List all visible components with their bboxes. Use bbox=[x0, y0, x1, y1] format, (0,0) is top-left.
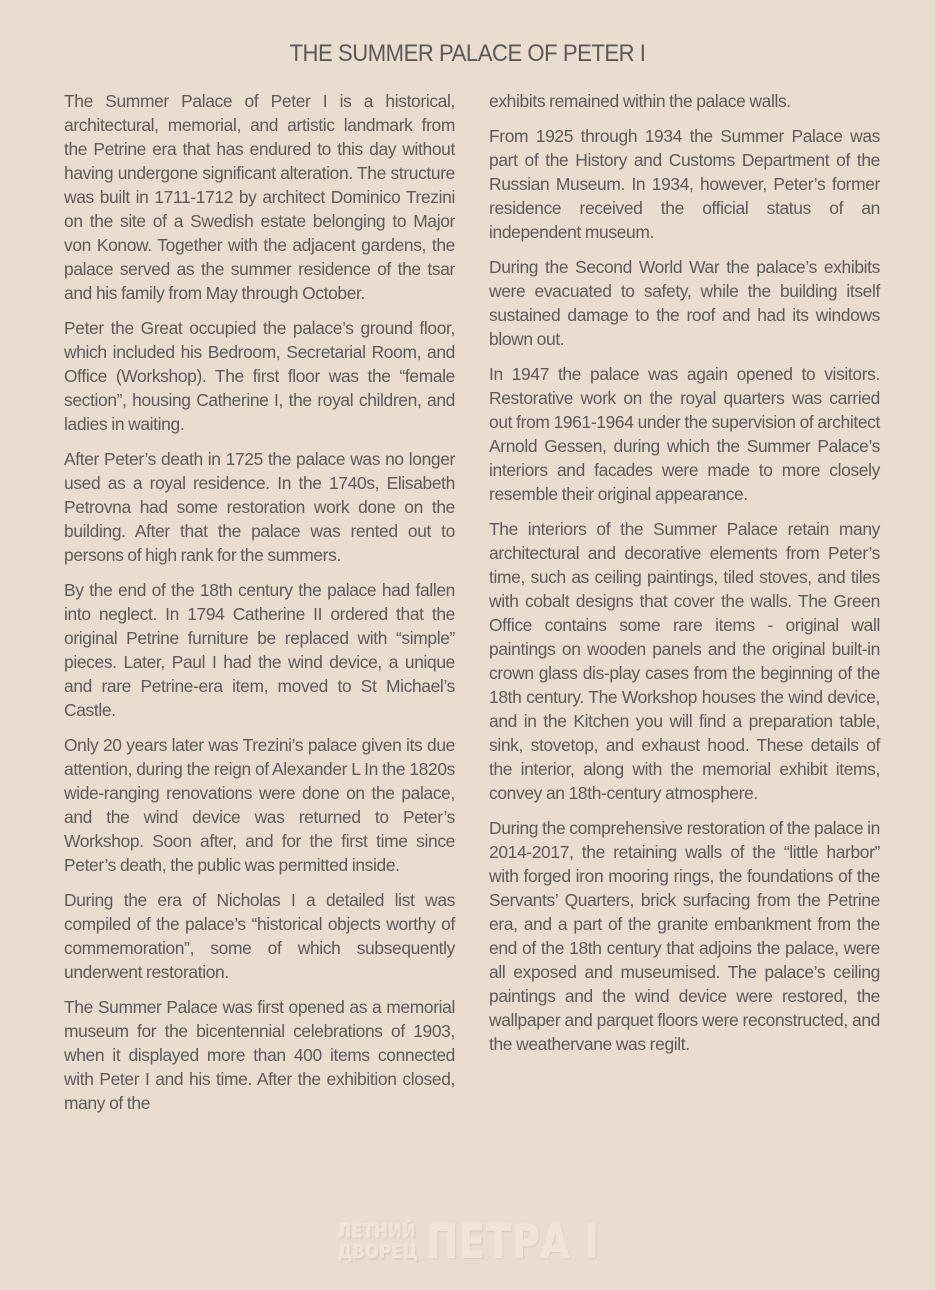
paragraph: After Peter’s death in 1725 the palace w… bbox=[64, 447, 455, 567]
left-column: The Summer Palace of Peter I is a histor… bbox=[64, 89, 455, 1126]
logo-underline bbox=[340, 1270, 595, 1271]
summer-palace-logo: ЛЕТНИЙ ДВОРЕЦ ПЕТРА I bbox=[338, 1212, 637, 1272]
paragraph: During the comprehensive restoration of … bbox=[489, 816, 880, 1056]
paragraph: exhibits remained within the palace wall… bbox=[489, 89, 880, 113]
paragraph: The Summer Palace was first opened as a … bbox=[64, 995, 455, 1115]
paragraph: By the end of the 18th century the palac… bbox=[64, 578, 455, 722]
paragraph: The interiors of the Summer Palace retai… bbox=[489, 517, 880, 805]
paragraph: The Summer Palace of Peter I is a histor… bbox=[64, 89, 455, 305]
logo-subtitle: ЛЕТНИЙ ДВОРЕЦ bbox=[338, 1221, 419, 1262]
paragraph: During the Second World War the palace’s… bbox=[489, 255, 880, 351]
paragraph: In 1947 the palace was again opened to v… bbox=[489, 362, 880, 506]
logo-line-1: ЛЕТНИЙ bbox=[338, 1221, 419, 1242]
paragraph: From 1925 through 1934 the Summer Palace… bbox=[489, 124, 880, 244]
right-column: exhibits remained within the palace wall… bbox=[489, 89, 880, 1067]
page-title: THE SUMMER PALACE OF PETER I bbox=[37, 40, 897, 68]
logo-line-2: ДВОРЕЦ bbox=[338, 1242, 419, 1263]
paragraph: During the era of Nicholas I a detailed … bbox=[64, 888, 455, 984]
paragraph: Peter the Great occupied the palace’s gr… bbox=[64, 316, 455, 436]
paragraph: Only 20 years later was Trezini’s palace… bbox=[64, 733, 455, 877]
logo-main-text: ПЕТРА I bbox=[427, 1217, 600, 1267]
